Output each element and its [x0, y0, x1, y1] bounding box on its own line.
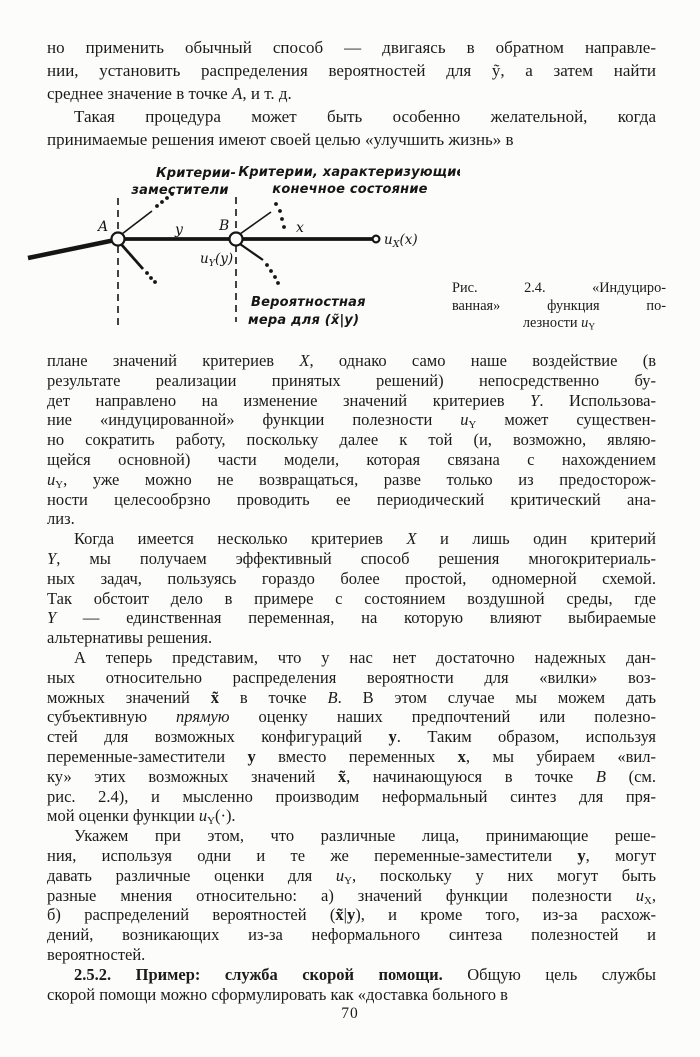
entry-edge	[28, 240, 115, 258]
branch-a-up	[122, 211, 152, 234]
text-line: разные мнения относительно: а) значений …	[47, 886, 656, 906]
u-y-base: u	[200, 251, 209, 267]
text-line: 2.5.2. Пример: служба скорой помощи. Общ…	[47, 965, 656, 985]
caption-line: ванная» функция по-	[452, 298, 666, 316]
text-line: Когда имеется несколько критериев X и ли…	[47, 529, 656, 549]
caption-line: Рис. 2.4. «Индуциро-	[452, 280, 666, 298]
node-b-circle	[230, 233, 243, 246]
branch-dots	[153, 280, 157, 284]
caption-line: лезности uY	[452, 315, 666, 333]
branch-dots	[160, 200, 164, 204]
label-final-state-criteria-line2: конечное состояние	[272, 182, 427, 197]
text-line: рис. 2.4), и мысленно производим неформа…	[47, 787, 656, 807]
branch-dots	[155, 204, 159, 208]
figure-caption: Рис. 2.4. «Индуциро-ванная» функция по-л…	[452, 280, 666, 333]
text-line: дений, возникающих из-за неформального с…	[47, 925, 656, 945]
page-number: 70	[0, 1005, 700, 1023]
label-probability-measure-line1: Вероятностная	[251, 295, 366, 310]
branch-b-down	[240, 244, 263, 260]
paragraph: Такая процедура может быть особенно жела…	[47, 105, 656, 151]
branch-a-down	[121, 244, 143, 269]
body-text-top: но применить обычный способ — двигаясь в…	[47, 36, 656, 151]
label-final-state-criteria-line1: Критерии, характеризующие	[238, 165, 460, 180]
paragraph: Когда имеется несколько критериев X и ли…	[47, 529, 656, 648]
branch-dots	[278, 209, 282, 213]
text-line: Y, мы получаем эффективный способ решени…	[47, 549, 656, 569]
text-line: Так обстоит дело в примере с состоянием …	[47, 589, 656, 609]
text-line: А теперь представим, что у нас нет доста…	[47, 648, 656, 668]
branch-dots	[274, 202, 278, 206]
text-line: можных значений x̃ в точке B. В этом слу…	[47, 688, 656, 708]
paragraph: А теперь представим, что у нас нет доста…	[47, 648, 656, 826]
text-line: альтернативы решения.	[47, 628, 656, 648]
label-surrogate-criteria-line1: Критерии-	[156, 166, 236, 181]
branch-dots	[273, 275, 277, 279]
text-line: ку» этих возможных значений x̃, начинающ…	[47, 767, 656, 787]
edge-x-label: x	[296, 220, 304, 236]
text-line: ния, используя одни и те же переменные-з…	[47, 846, 656, 866]
text-line: стей для возможных конфигураций у. Таким…	[47, 727, 656, 747]
branch-dots	[282, 225, 286, 229]
text-line: ности целесообрзно проводить ее периодич…	[47, 490, 656, 510]
text-line: ных задач, пользуясь гораздо более прост…	[47, 569, 656, 589]
branch-dots	[145, 271, 149, 275]
text-line: среднее значение в точке A, и т. д.	[47, 82, 656, 105]
text-line: uY, уже можно не возвращаться, разве тол…	[47, 470, 656, 490]
text-line: скорой помощи можно сформулировать как «…	[47, 985, 656, 1005]
body-text-bottom: плане значений критериев X, однако само …	[47, 351, 656, 1004]
figure-diagram: A B y x uY(y) uX(x) Критерии- заместител…	[0, 150, 460, 345]
node-b-label: B	[218, 218, 229, 234]
text-line: принимаемые решения имеют своей целью «у…	[47, 128, 656, 151]
text-line: Такая процедура может быть особенно жела…	[47, 105, 656, 128]
u-y-label: uY(y)	[200, 251, 233, 269]
label-probability-measure-line2: мера для (x̃|y)	[248, 313, 359, 328]
text-line: дет направлено на изменение значений кри…	[47, 391, 656, 411]
u-y-arg: (y)	[215, 251, 233, 267]
text-line: ние «индуцированной» функции полезности …	[47, 410, 656, 430]
paragraph: 2.5.2. Пример: служба скорой помощи. Общ…	[47, 965, 656, 1005]
u-x-label: uX(x)	[384, 232, 418, 250]
paragraph: Укажем при этом, что различные лица, при…	[47, 826, 656, 965]
text-line: Y — единственная переменная, на которую …	[47, 608, 656, 628]
text-line: плане значений критериев X, однако само …	[47, 351, 656, 371]
u-x-base: u	[384, 232, 393, 248]
text-line: нии, установить распределения вероятност…	[47, 59, 656, 82]
text-line: но сократить работу, поскольку далее к т…	[47, 430, 656, 450]
text-line: результате реализации принятых решений) …	[47, 371, 656, 391]
node-a-circle	[112, 233, 125, 246]
text-line: вероятностей.	[47, 945, 656, 965]
end-node-circle	[373, 236, 380, 243]
text-line: ных относительно распределения вероятнос…	[47, 668, 656, 688]
text-line: мой оценки функции uY(·).	[47, 806, 656, 826]
text-line: б) распределений вероятностей (x̃|у), и …	[47, 905, 656, 925]
branch-b-up	[240, 212, 271, 234]
text-line: субъективную прямую оценку наших предпоч…	[47, 707, 656, 727]
branch-dots	[269, 269, 273, 273]
book-page: но применить обычный способ — двигаясь в…	[0, 0, 700, 1057]
branch-dots	[280, 217, 284, 221]
text-line: но применить обычный способ — двигаясь в…	[47, 36, 656, 59]
text-line: щейся основной) части модели, которая св…	[47, 450, 656, 470]
branch-dots	[276, 281, 280, 285]
paragraph: но применить обычный способ — двигаясь в…	[47, 36, 656, 105]
text-line: давать различные оценки для uY, поскольк…	[47, 866, 656, 886]
label-surrogate-criteria-line2: заместители	[130, 183, 228, 198]
text-line: Укажем при этом, что различные лица, при…	[47, 826, 656, 846]
paragraph: плане значений критериев X, однако само …	[47, 351, 656, 529]
text-line: лиз.	[47, 509, 656, 529]
branch-dots	[265, 263, 269, 267]
u-x-arg: (x)	[399, 232, 417, 248]
node-a-label: A	[96, 219, 108, 235]
text-line: переменные-заместители у вместо переменн…	[47, 747, 656, 767]
edge-y-label: y	[174, 222, 184, 238]
branch-dots	[149, 276, 153, 280]
